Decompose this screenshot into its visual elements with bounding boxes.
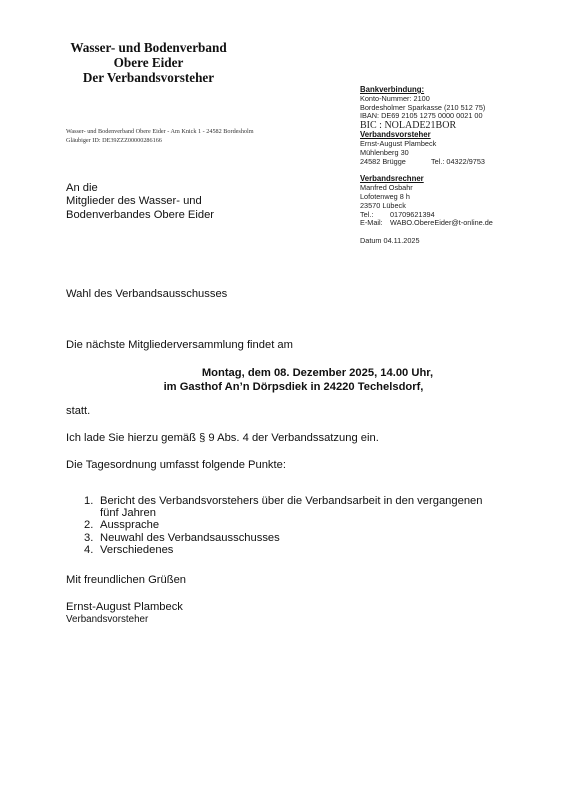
agenda-item: 3. Neuwahl des Verbandsausschusses <box>84 532 483 544</box>
recipient-block: An die Mitglieder des Wasser- und Bodenv… <box>66 182 214 222</box>
agenda-item-number: 1. <box>84 495 93 507</box>
agenda-item: 2. Aussprache <box>84 519 483 531</box>
treasurer-email-label: E-Mail: <box>360 219 390 228</box>
invitation-text: Ich lade Sie hierzu gemäß § 9 Abs. 4 der… <box>66 432 379 445</box>
chairman-city: 24582 Brügge <box>360 158 431 167</box>
treasurer-email: WABO.ObereEider@t-online.de <box>390 218 493 227</box>
letter-subject: Wahl des Verbandsausschusses <box>66 288 227 301</box>
agenda-item-number: 4. <box>84 544 93 556</box>
letterhead: Wasser- und Bodenverband Obere Eider Der… <box>66 40 231 85</box>
letterhead-org-region: Obere Eider <box>66 55 231 70</box>
agenda-item-number: 3. <box>84 532 93 544</box>
creditor-id: Gläubiger ID: DE39ZZZ00000286166 <box>66 136 254 145</box>
treasurer-phone: 01709621394 <box>390 210 435 219</box>
sender-block: Wasser- und Bodenverband Obere Eider - A… <box>66 127 254 145</box>
meeting-intro: Die nächste Mitgliederversammlung findet… <box>66 339 293 352</box>
signer-title: Verbandsvorsteher <box>66 614 148 626</box>
info-column: Bankverbindung: Konto-Nummer: 2100 Borde… <box>360 86 493 246</box>
agenda-item-number: 2. <box>84 519 93 531</box>
agenda-item-text-continued: fünf Jahren <box>100 507 483 519</box>
letterhead-role: Der Verbandsvorsteher <box>66 70 231 85</box>
meeting-date-time: Montag, dem 08. Dezember 2025, 14.00 Uhr… <box>0 366 565 380</box>
meeting-statt: statt. <box>66 405 90 418</box>
agenda-item: 4. Verschiedenes <box>84 544 483 556</box>
signer-name: Ernst-August Plambeck <box>66 601 183 614</box>
chairman-phone: Tel.: 04322/9753 <box>431 157 485 166</box>
chairman-city-phone: 24582 BrüggeTel.: 04322/9753 <box>360 158 493 167</box>
agenda-item-text: Verschiedenes <box>100 544 483 556</box>
recipient-line-1: An die <box>66 182 214 195</box>
bank-section: Bankverbindung: Konto-Nummer: 2100 Borde… <box>360 86 493 131</box>
agenda-list: 1. Bericht des Verbandsvorstehers über d… <box>84 495 483 556</box>
meeting-location: im Gasthof An’n Dörpsdiek in 24220 Teche… <box>0 380 565 394</box>
agenda-item-text: Aussprache <box>100 519 483 531</box>
meeting-details: Montag, dem 08. Dezember 2025, 14.00 Uhr… <box>0 366 565 394</box>
treasurer-section: Verbandsrechner Manfred Osbahr Lofotenwe… <box>360 175 493 228</box>
agenda-item: 1. Bericht des Verbandsvorstehers über d… <box>84 495 483 519</box>
sender-address-line: Wasser- und Bodenverband Obere Eider - A… <box>66 127 254 136</box>
recipient-line-2: Mitglieder des Wasser- und <box>66 195 214 208</box>
letterhead-org-name: Wasser- und Bodenverband <box>66 40 231 55</box>
agenda-intro: Die Tagesordnung umfasst folgende Punkte… <box>66 459 286 472</box>
chairman-section: Verbandsvorsteher Ernst-August Plambeck … <box>360 131 493 166</box>
letter-date: Datum 04.11.2025 <box>360 237 493 246</box>
agenda-item-text: Neuwahl des Verbandsausschusses <box>100 532 483 544</box>
treasurer-email-row: E-Mail:WABO.ObereEider@t-online.de <box>360 219 493 228</box>
agenda-item-text: Bericht des Verbandsvorstehers über die … <box>100 495 483 507</box>
recipient-line-3: Bodenverbandes Obere Eider <box>66 209 214 222</box>
closing-greeting: Mit freundlichen Grüßen <box>66 574 186 587</box>
